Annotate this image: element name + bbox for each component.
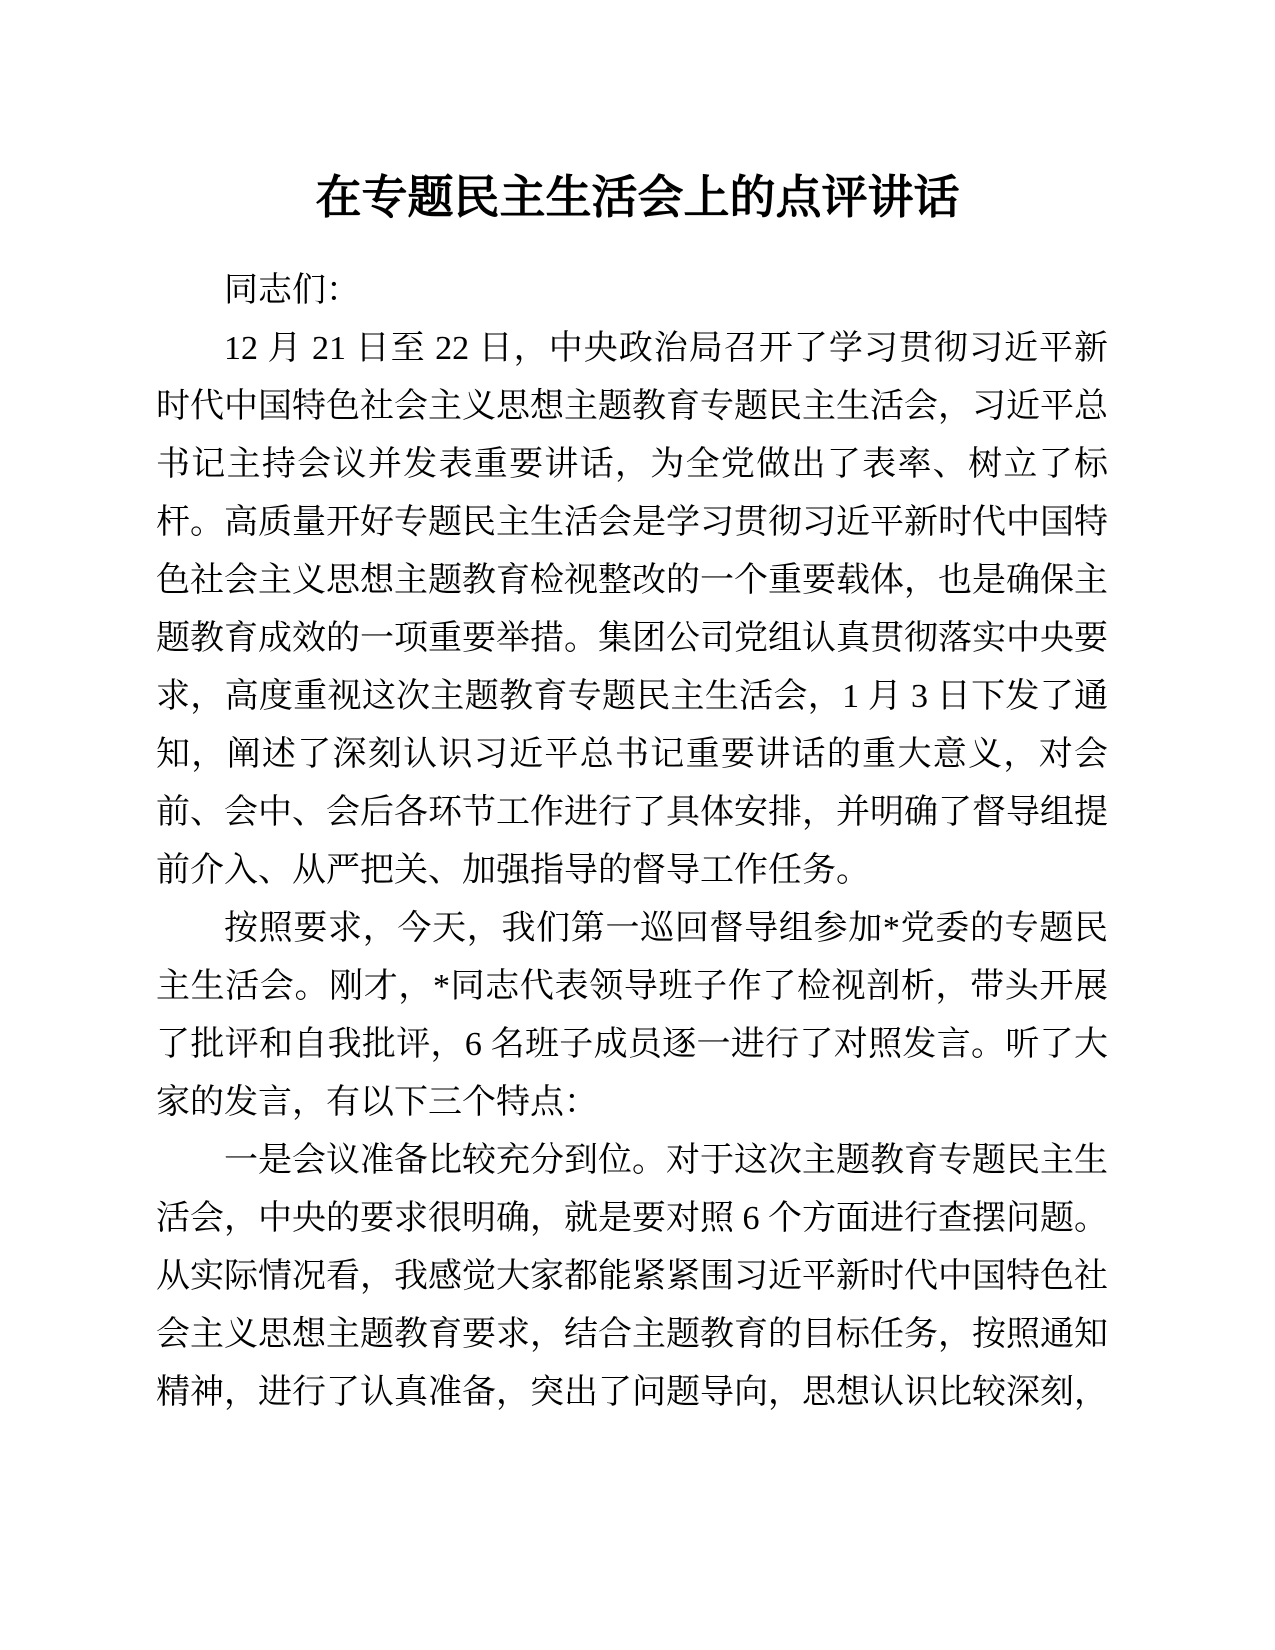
paragraph: 按照要求，今天，我们第一巡回督导组参加*党委的专题民主生活会。刚才，*同志代表领… — [156, 900, 1108, 1132]
document-title: 在专题民主生活会上的点评讲话 — [0, 166, 1275, 230]
paragraph: 同志们： — [156, 262, 1108, 320]
document-body: 同志们：12 月 21 日至 22 日，中央政治局召开了学习贯彻习近平新时代中国… — [156, 262, 1108, 1422]
paragraph: 一是会议准备比较充分到位。对于这次主题教育专题民主生活会，中央的要求很明确，就是… — [156, 1132, 1108, 1422]
document-page: 在专题民主生活会上的点评讲话 同志们：12 月 21 日至 22 日，中央政治局… — [0, 0, 1275, 1650]
paragraph: 12 月 21 日至 22 日，中央政治局召开了学习贯彻习近平新时代中国特色社会… — [156, 320, 1108, 900]
